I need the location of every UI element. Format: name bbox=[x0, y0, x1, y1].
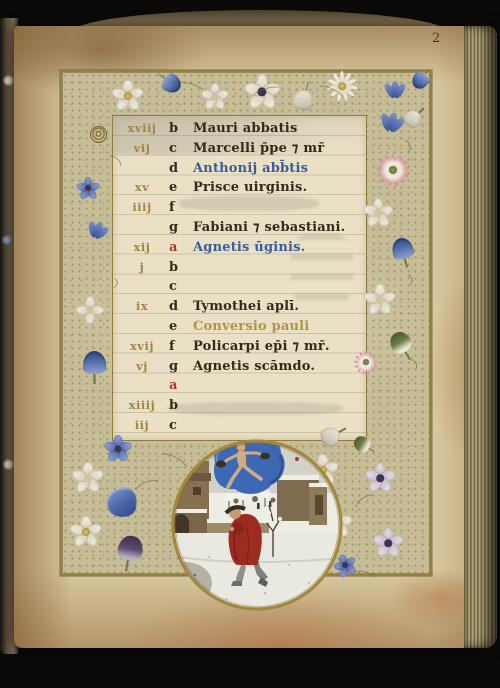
calendar-row: xvijfPolicarpi ep̄i ⁊ mr̄. bbox=[115, 337, 364, 357]
golden-number: xvij bbox=[115, 337, 169, 357]
feast-entry: Agnetis ūginis. bbox=[193, 238, 364, 258]
dominical-letter: f bbox=[169, 337, 193, 357]
winter-scene bbox=[169, 437, 345, 613]
flower-center bbox=[384, 539, 392, 547]
flower-center bbox=[338, 82, 346, 90]
flower-center bbox=[376, 474, 384, 482]
flower-white5 bbox=[113, 81, 143, 111]
feast-entry: Prisce uirginis. bbox=[193, 178, 364, 198]
facing-page-flower bbox=[3, 236, 11, 244]
dominical-letter: b bbox=[169, 119, 193, 139]
dominical-letter: c bbox=[169, 139, 193, 159]
calendar-row: gFabiani ⁊ sebastiani. bbox=[115, 218, 364, 238]
flower-bluepansy bbox=[77, 177, 99, 199]
calendar-row: iiijf bbox=[115, 198, 364, 218]
book-fore-edge bbox=[464, 26, 497, 648]
manuscript-page: 2 xviijbMauri abbatisvijcMarcelli p̄pe ⁊… bbox=[14, 26, 497, 648]
golden-number: iiij bbox=[115, 198, 169, 218]
flower-white5 bbox=[364, 199, 392, 227]
dominical-letter: c bbox=[169, 277, 193, 297]
flower-bluepansy bbox=[105, 436, 131, 462]
flower-center bbox=[211, 93, 218, 100]
calendar-row: vijcMarcelli p̄pe ⁊ mr̄ bbox=[115, 139, 364, 159]
dominical-letter: b bbox=[169, 396, 193, 416]
facing-page-flower bbox=[4, 460, 13, 469]
calendar-row: xviijbMauri abbatis bbox=[115, 119, 364, 139]
flower-center bbox=[86, 306, 93, 313]
facing-page-flower bbox=[4, 76, 13, 85]
dominical-letter: e bbox=[169, 178, 193, 198]
feast-entry: Mauri abbatis bbox=[193, 119, 364, 139]
flower-white5 bbox=[202, 84, 228, 110]
feast-entry: Agnetis scāmdo. bbox=[193, 357, 364, 377]
manuscript-photo: 2 xviijbMauri abbatisvijcMarcelli p̄pe ⁊… bbox=[0, 0, 500, 688]
feast-entry: Marcelli p̄pe ⁊ mr̄ bbox=[193, 139, 364, 159]
flower-pinkdaisy bbox=[355, 351, 377, 373]
flower-center bbox=[363, 359, 369, 365]
dominical-letter: d bbox=[169, 297, 193, 317]
calendar-row: eConversio pauli bbox=[115, 317, 364, 337]
flower-center bbox=[114, 445, 121, 452]
flower-center bbox=[85, 185, 91, 191]
dominical-letter: c bbox=[169, 416, 193, 436]
golden-number: xv bbox=[115, 178, 169, 198]
calendar-row: a bbox=[115, 376, 364, 396]
flower-bluecluster bbox=[382, 82, 408, 108]
feast-entry: Conversio pauli bbox=[193, 317, 364, 337]
folio-number: 2 bbox=[432, 31, 440, 46]
calendar-text-panel: xviijbMauri abbatisvijcMarcelli p̄pe ⁊ m… bbox=[112, 115, 367, 441]
feast-entry: Tymothei aplī. bbox=[193, 297, 364, 317]
flower-lilac5 bbox=[374, 529, 402, 557]
calendar-row: xijaAgnetis ūginis. bbox=[115, 238, 364, 258]
calendar-row: c bbox=[115, 277, 364, 297]
dominical-letter: g bbox=[169, 218, 193, 238]
calendar-row: xiiijb bbox=[115, 396, 364, 416]
calendar-row: dAnthonij abb̄tis bbox=[115, 159, 364, 179]
golden-number: xviij bbox=[115, 119, 169, 139]
feast-entry: Policarpi ep̄i ⁊ mr̄. bbox=[193, 337, 364, 357]
dominical-letter: a bbox=[169, 238, 193, 258]
dominical-letter: g bbox=[169, 357, 193, 377]
golden-number: vij bbox=[115, 139, 169, 159]
calendar-row: ixdTymothei aplī. bbox=[115, 297, 364, 317]
flower-cross4 bbox=[77, 297, 103, 323]
feast-entry: Fabiani ⁊ sebastiani. bbox=[193, 218, 364, 238]
flower-lilac5 bbox=[366, 464, 394, 492]
calendar-row: vjgAgnetis scāmdo. bbox=[115, 357, 364, 377]
snail-icon bbox=[90, 126, 107, 143]
golden-number: j bbox=[115, 258, 169, 278]
calendar-table: xviijbMauri abbatisvijcMarcelli p̄pe ⁊ m… bbox=[115, 119, 364, 440]
dominical-letter: b bbox=[169, 258, 193, 278]
feast-entry: Anthonij abb̄tis bbox=[193, 159, 364, 179]
calendar-row: jb bbox=[115, 258, 364, 278]
golden-number: ix bbox=[115, 297, 169, 317]
january-roundel bbox=[169, 437, 345, 613]
calendar-row: xvePrisce uirginis. bbox=[115, 178, 364, 198]
golden-number: xij bbox=[115, 238, 169, 258]
golden-number: iij bbox=[115, 416, 169, 436]
dominical-letter: a bbox=[169, 376, 193, 396]
flower-white5 bbox=[71, 517, 101, 547]
flower-white5 bbox=[73, 463, 103, 493]
golden-number: vj bbox=[115, 357, 169, 377]
golden-number: xiiij bbox=[115, 396, 169, 416]
dominical-letter: f bbox=[169, 198, 193, 218]
dominical-letter: d bbox=[169, 159, 193, 179]
flower-center bbox=[374, 209, 382, 217]
dominical-letter: e bbox=[169, 317, 193, 337]
